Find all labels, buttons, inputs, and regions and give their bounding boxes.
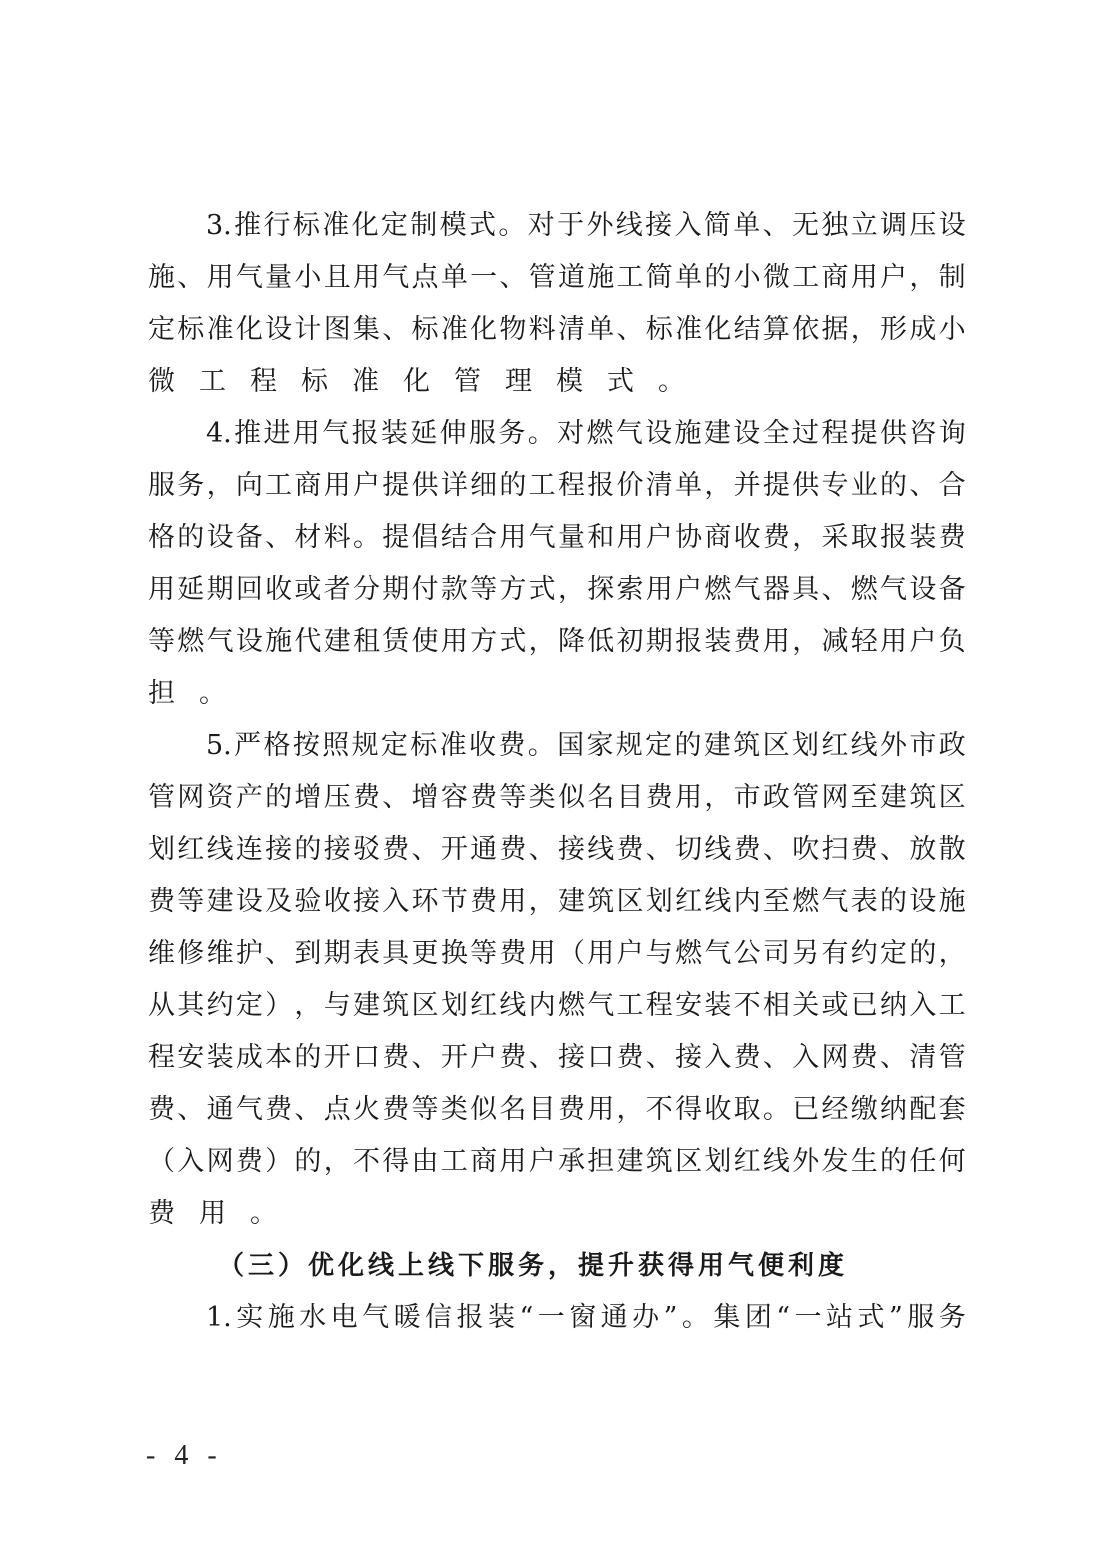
text-line: 等燃气设施代建租赁使用方式，降低初期报装费用，减轻用户负 [148,616,966,668]
text-line: 从其约定），与建筑区划红线内燃气工程安装不相关或已纳入工 [148,980,966,1032]
text-line: 费用。 [148,1188,966,1240]
text-line: 4.推进用气报装延伸服务。对燃气设施建设全过程提供咨询 [148,408,966,460]
text-line: 划红线连接的接驳费、开通费、接线费、切线费、吹扫费、放散 [148,824,966,876]
text-line: 微工程标准化管理模式。 [148,356,966,408]
text-line: 格的设备、材料。提倡结合用气量和用户协商收费，采取报装费 [148,512,966,564]
text-line: 费、通气费、点火费等类似名目费用，不得收取。已经缴纳配套 [148,1084,966,1136]
text-line: 服务，向工商用户提供详细的工程报价清单，并提供专业的、合 [148,460,966,512]
text-line: 施、用气量小且用气点单一、管道施工简单的小微工商用户，制 [148,252,966,304]
text-line: 5.严格按照规定标准收费。国家规定的建筑区划红线外市政 [148,720,966,772]
text-line: 定标准化设计图集、标准化物料清单、标准化结算依据，形成小 [148,304,966,356]
text-line: 担。 [148,668,966,720]
body-text: 3.推行标准化定制模式。对于外线接入简单、无独立调压设施、用气量小且用气点单一、… [148,200,966,1344]
text-line: 程安装成本的开口费、开户费、接口费、接入费、入网费、清管 [148,1032,966,1084]
document-page: 3.推行标准化定制模式。对于外线接入简单、无独立调压设施、用气量小且用气点单一、… [0,0,1102,1559]
text-line: 3.推行标准化定制模式。对于外线接入简单、无独立调压设 [148,200,966,252]
text-line: 费等建设及验收接入环节费用，建筑区划红线内至燃气表的设施 [148,876,966,928]
text-line: （入网费）的，不得由工商用户承担建筑区划红线外发生的任何 [148,1136,966,1188]
text-line: 1.实施水电气暖信报装“一窗通办”。集团“一站式”服务 [148,1292,966,1344]
text-line: 管网资产的增压费、增容费等类似名目费用，市政管网至建筑区 [148,772,966,824]
section-heading: （三）优化线上线下服务，提升获得用气便利度 [148,1240,966,1292]
text-line: 用延期回收或者分期付款等方式，探索用户燃气器具、燃气设备 [148,564,966,616]
text-line: 维修维护、到期表具更换等费用（用户与燃气公司另有约定的， [148,928,966,980]
page-number: - 4 - [146,1440,223,1472]
